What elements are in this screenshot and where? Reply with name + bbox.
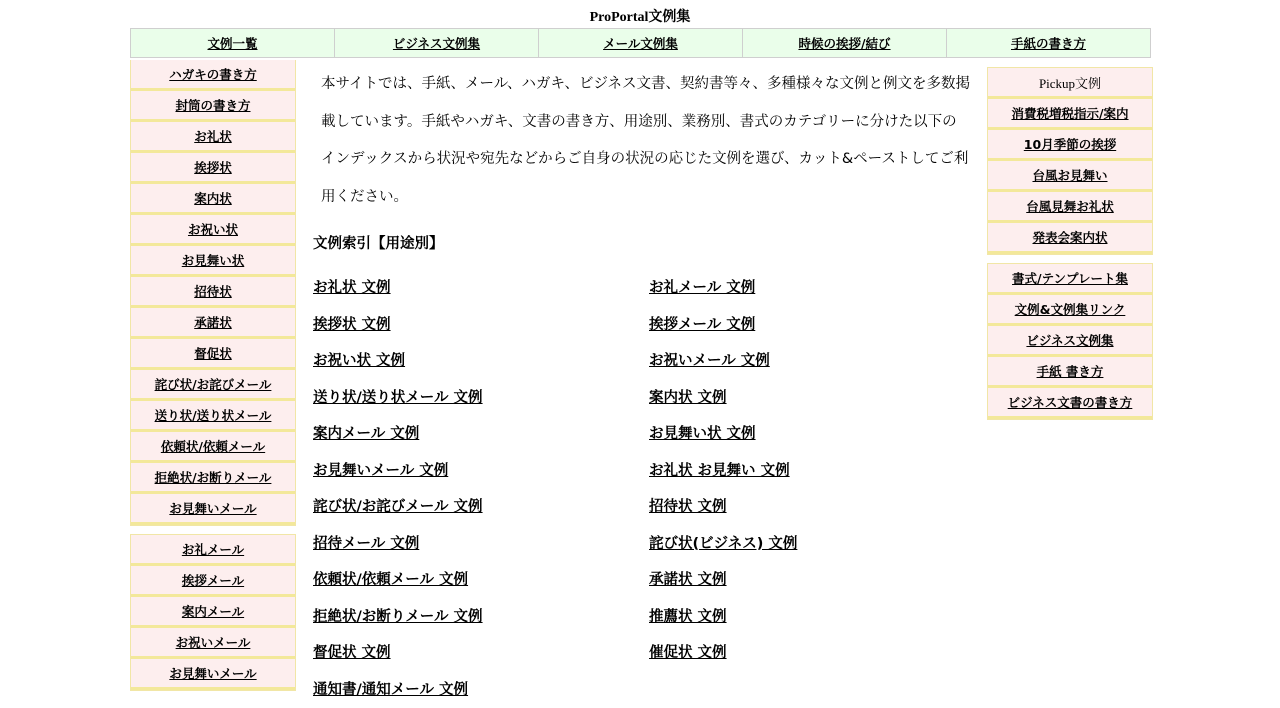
- index-link[interactable]: 詫び状(ビジネス) 文例: [649, 536, 797, 552]
- index-link[interactable]: 詫び状/お詫びメール 文例: [313, 499, 483, 515]
- right-nav-link[interactable]: 10月季節の挨拶: [1024, 135, 1116, 153]
- right-sidebar: Pickup文例 消費税増税指示/案内 10月季節の挨拶 台風お見舞い 台風見舞…: [987, 67, 1153, 420]
- left-nav-item[interactable]: 挨拶メール: [131, 566, 295, 597]
- top-nav-link[interactable]: 手紙の書き方: [1011, 34, 1086, 52]
- left-nav-link[interactable]: 招待状: [194, 282, 232, 300]
- top-nav-link[interactable]: ビジネス文例集: [393, 34, 480, 52]
- left-nav-link[interactable]: 挨拶状: [194, 158, 232, 176]
- index-column-2: お礼メール 文例 挨拶メール 文例 お祝いメール 文例 案内状 文例 お見舞い状…: [649, 276, 797, 678]
- left-nav-item[interactable]: お見舞いメール: [131, 494, 295, 525]
- top-nav-link[interactable]: メール文例集: [603, 34, 678, 52]
- right-nav-link[interactable]: 書式/テンプレート集: [1012, 269, 1128, 287]
- right-nav-link[interactable]: 発表会案内状: [1032, 228, 1107, 246]
- index-link[interactable]: お礼状 お見舞い 文例: [649, 463, 790, 479]
- top-nav-link[interactable]: 時候の挨拶/結び: [798, 34, 890, 52]
- index-link[interactable]: 招待状 文例: [649, 499, 727, 515]
- right-nav-item[interactable]: 発表会案内状: [988, 223, 1152, 254]
- index-link[interactable]: 依頼状/依頼メール 文例: [313, 572, 468, 588]
- left-nav-item[interactable]: 承諾状: [131, 308, 295, 339]
- index-item: 案内メール 文例: [313, 422, 483, 459]
- index-item: 案内状 文例: [649, 386, 797, 423]
- intro-text: 本サイトでは、手紙、メール、ハガキ、ビジネス文書、契約書等々、多種様々な文例と例…: [321, 66, 971, 216]
- left-nav-item[interactable]: お祝いメール: [131, 628, 295, 659]
- site-title: ProPortal文例集: [0, 6, 1280, 26]
- index-item: 招待メール 文例: [313, 532, 483, 569]
- index-item: 承諾状 文例: [649, 568, 797, 605]
- left-nav-link[interactable]: お礼メール: [182, 540, 244, 558]
- index-item: お祝いメール 文例: [649, 349, 797, 386]
- index-item: お見舞い状 文例: [649, 422, 797, 459]
- index-column-1: お礼状 文例 挨拶状 文例 お祝い状 文例 送り状/送り状メール 文例 案内メー…: [313, 276, 483, 708]
- top-nav-item-tegami[interactable]: 手紙の書き方: [947, 29, 1150, 57]
- index-item: お礼状 文例: [313, 276, 483, 313]
- index-item: 挨拶メール 文例: [649, 313, 797, 350]
- index-link[interactable]: 推薦状 文例: [649, 609, 727, 625]
- index-link[interactable]: お礼メール 文例: [649, 280, 755, 296]
- index-link[interactable]: 催促状 文例: [649, 645, 727, 661]
- right-nav-item[interactable]: 台風お見舞い: [988, 161, 1152, 192]
- left-nav-group-letters: ハガキの書き方 封筒の書き方 お礼状 挨拶状 案内状 お祝い状 お見舞い状 招待…: [130, 60, 296, 526]
- index-link[interactable]: 通知書/通知メール 文例: [313, 682, 468, 698]
- left-nav-item[interactable]: 案内状: [131, 184, 295, 215]
- right-nav-item[interactable]: 10月季節の挨拶: [988, 130, 1152, 161]
- pickup-header: Pickup文例: [988, 68, 1152, 99]
- right-nav-link[interactable]: 台風お見舞い: [1032, 166, 1107, 184]
- index-item: 詫び状(ビジネス) 文例: [649, 532, 797, 569]
- index-link[interactable]: 挨拶状 文例: [313, 317, 391, 333]
- right-nav-item[interactable]: 消費税増税指示/案内: [988, 99, 1152, 130]
- index-link[interactable]: 送り状/送り状メール 文例: [313, 390, 483, 406]
- index-link[interactable]: お見舞い状 文例: [649, 426, 756, 442]
- left-nav-link[interactable]: 承諾状: [194, 313, 232, 331]
- left-nav-link[interactable]: ハガキの書き方: [169, 65, 257, 83]
- left-nav-link[interactable]: 挨拶メール: [182, 571, 244, 589]
- index-link[interactable]: 挨拶メール 文例: [649, 317, 755, 333]
- left-nav-link[interactable]: 督促状: [194, 344, 232, 362]
- left-nav-item[interactable]: 依頼状/依頼メール: [131, 432, 295, 463]
- left-nav-group-mail: お礼メール 挨拶メール 案内メール お祝いメール お見舞いメール: [130, 534, 296, 691]
- right-nav-link[interactable]: ビジネス文例集: [1026, 331, 1113, 349]
- index-item: お祝い状 文例: [313, 349, 483, 386]
- left-nav-item[interactable]: お見舞い状: [131, 246, 295, 277]
- section-title: 文例索引【用途別】: [313, 232, 973, 262]
- left-nav-link[interactable]: 拒絶状/お断りメール: [155, 468, 272, 486]
- top-nav-item-bunrei-ichiran[interactable]: 文例一覧: [131, 29, 335, 57]
- left-nav-link[interactable]: 依頼状/依頼メール: [161, 437, 265, 455]
- index-link[interactable]: 案内状 文例: [649, 390, 727, 406]
- left-nav-link[interactable]: 案内状: [194, 189, 232, 207]
- top-nav-item-business[interactable]: ビジネス文例集: [335, 29, 539, 57]
- index-item: お礼メール 文例: [649, 276, 797, 313]
- top-nav-item-mail[interactable]: メール文例集: [539, 29, 743, 57]
- right-nav-item[interactable]: 手紙 書き方: [988, 357, 1152, 388]
- index-item: お礼状 お見舞い 文例: [649, 459, 797, 496]
- left-nav-link[interactable]: 案内メール: [182, 602, 244, 620]
- left-nav-item[interactable]: 招待状: [131, 277, 295, 308]
- index-item: 拒絶状/お断りメール 文例: [313, 605, 483, 642]
- index-link[interactable]: 拒絶状/お断りメール 文例: [313, 609, 483, 625]
- left-nav-item[interactable]: 督促状: [131, 339, 295, 370]
- right-nav-item[interactable]: ビジネス文例集: [988, 326, 1152, 357]
- right-nav-link[interactable]: 文例&文例集リンク: [1015, 300, 1126, 318]
- index-item: 詫び状/お詫びメール 文例: [313, 495, 483, 532]
- index-item: 推薦状 文例: [649, 605, 797, 642]
- right-nav-item[interactable]: 文例&文例集リンク: [988, 295, 1152, 326]
- left-nav-link[interactable]: お見舞いメール: [169, 664, 256, 682]
- right-nav-item[interactable]: ビジネス文書の書き方: [988, 388, 1152, 419]
- index-item: 挨拶状 文例: [313, 313, 483, 350]
- top-nav-item-jikou[interactable]: 時候の挨拶/結び: [743, 29, 947, 57]
- index-link[interactable]: 招待メール 文例: [313, 536, 419, 552]
- right-nav-link[interactable]: 手紙 書き方: [1037, 362, 1104, 380]
- right-nav-group-links: 書式/テンプレート集 文例&文例集リンク ビジネス文例集 手紙 書き方 ビジネス…: [987, 263, 1153, 420]
- left-nav-item[interactable]: 拒絶状/お断りメール: [131, 463, 295, 494]
- index-link[interactable]: お祝いメール 文例: [649, 353, 770, 369]
- left-nav-link[interactable]: 送り状/送り状メール: [155, 406, 272, 424]
- left-nav-item[interactable]: ハガキの書き方: [131, 60, 295, 91]
- left-nav-item[interactable]: 挨拶状: [131, 153, 295, 184]
- index-item: 依頼状/依頼メール 文例: [313, 568, 483, 605]
- index-item: 通知書/通知メール 文例: [313, 678, 483, 708]
- right-nav-group-pickup: Pickup文例 消費税増税指示/案内 10月季節の挨拶 台風お見舞い 台風見舞…: [987, 67, 1153, 255]
- left-nav-item[interactable]: お祝い状: [131, 215, 295, 246]
- index-link[interactable]: 承諾状 文例: [649, 572, 727, 588]
- left-nav-item[interactable]: 詫び状/お詫びメール: [131, 370, 295, 401]
- left-nav-item[interactable]: お見舞いメール: [131, 659, 295, 690]
- right-nav-link[interactable]: ビジネス文書の書き方: [1008, 393, 1133, 411]
- left-nav-item[interactable]: 送り状/送り状メール: [131, 401, 295, 432]
- index-item: 送り状/送り状メール 文例: [313, 386, 483, 423]
- left-nav-link[interactable]: お祝いメール: [176, 633, 251, 651]
- right-nav-link[interactable]: 台風見舞お礼状: [1026, 197, 1114, 215]
- left-nav-link[interactable]: お見舞い状: [182, 251, 245, 269]
- index-link[interactable]: お祝い状 文例: [313, 353, 405, 369]
- left-sidebar: ハガキの書き方 封筒の書き方 お礼状 挨拶状 案内状 お祝い状 お見舞い状 招待…: [130, 60, 296, 691]
- top-nav-link[interactable]: 文例一覧: [207, 34, 257, 52]
- index-link[interactable]: 督促状 文例: [313, 645, 391, 661]
- left-nav-item[interactable]: お礼メール: [131, 535, 295, 566]
- index-item: 招待状 文例: [649, 495, 797, 532]
- index-item: 催促状 文例: [649, 641, 797, 678]
- index-link[interactable]: お礼状 文例: [313, 280, 391, 296]
- left-nav-link[interactable]: お祝い状: [188, 220, 238, 238]
- left-nav-link[interactable]: 封筒の書き方: [175, 96, 250, 114]
- top-nav: 文例一覧 ビジネス文例集 メール文例集 時候の挨拶/結び 手紙の書き方: [130, 28, 1151, 58]
- left-nav-item[interactable]: 封筒の書き方: [131, 91, 295, 122]
- left-nav-link[interactable]: お礼状: [194, 127, 232, 145]
- index-link[interactable]: 案内メール 文例: [313, 426, 419, 442]
- index-item: お見舞いメール 文例: [313, 459, 483, 496]
- right-nav-item[interactable]: 台風見舞お礼状: [988, 192, 1152, 223]
- left-nav-item[interactable]: 案内メール: [131, 597, 295, 628]
- index-item: 督促状 文例: [313, 641, 483, 678]
- left-nav-item[interactable]: お礼状: [131, 122, 295, 153]
- left-nav-link[interactable]: お見舞いメール: [169, 499, 256, 517]
- index-link[interactable]: お見舞いメール 文例: [313, 463, 448, 479]
- left-nav-link[interactable]: 詫び状/お詫びメール: [155, 375, 272, 393]
- right-nav-item[interactable]: 書式/テンプレート集: [988, 264, 1152, 295]
- main-content: 本サイトでは、手紙、メール、ハガキ、ビジネス文書、契約書等々、多種様々な文例と例…: [313, 66, 973, 276]
- right-nav-link[interactable]: 消費税増税指示/案内: [1011, 104, 1128, 122]
